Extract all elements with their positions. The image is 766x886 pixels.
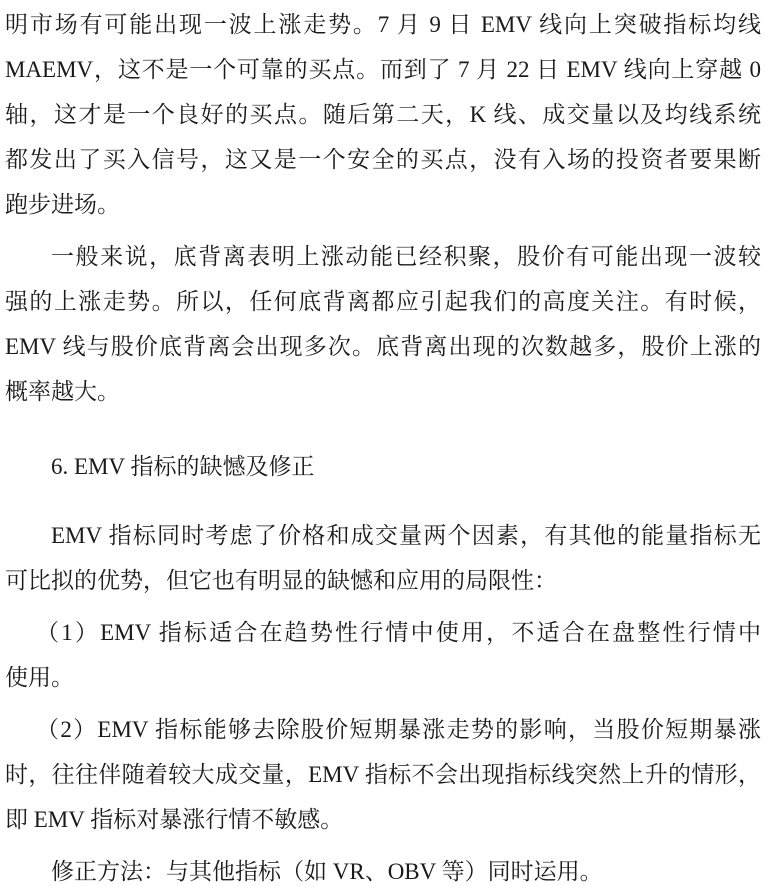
text-line: 使用。 <box>5 655 761 700</box>
text-line: 轴，这才是一个良好的买点。随后第二天，K 线、成交量以及均线系统 <box>5 92 761 137</box>
document-page: 明市场有可能出现一波上涨走势。7 月 9 日 EMV 线向上突破指标均线 MAE… <box>0 0 766 886</box>
text-line: 概率越大。 <box>5 369 761 414</box>
paragraph-continuation: 明市场有可能出现一波上涨走势。7 月 9 日 EMV 线向上突破指标均线 MAE… <box>5 2 761 227</box>
text-line: MAEMV，这不是一个可靠的买点。而到了 7 月 22 日 EMV 线向上穿越 … <box>5 47 761 92</box>
text-line: EMV 线与股价底背离会出现多次。底背离出现的次数越多，股价上涨的 <box>5 324 761 369</box>
text-line: EMV 指标同时考虑了价格和成交量两个因素，有其他的能量指标无 <box>5 513 761 558</box>
text-line: 一般来说，底背离表明上涨动能已经积聚，股价有可能出现一波较 <box>5 234 761 279</box>
text-line: 强的上涨走势。所以，任何底背离都应引起我们的高度关注。有时候， <box>5 279 761 324</box>
text-line: 即 EMV 指标对暴涨行情不敏感。 <box>5 797 761 842</box>
text-line: （1）EMV 指标适合在趋势性行情中使用，不适合在盘整性行情中 <box>5 610 761 655</box>
text-line: 修正方法：与其他指标（如 VR、OBV 等）同时运用。 <box>5 849 761 886</box>
paragraph-list-item-2: （2）EMV 指标能够去除股价短期暴涨走势的影响，当股价短期暴涨 时，往往伴随着… <box>5 707 761 842</box>
text-line: 可比拟的优势，但它也有明显的缺憾和应用的局限性： <box>5 558 761 603</box>
paragraph: 一般来说，底背离表明上涨动能已经积聚，股价有可能出现一波较 强的上涨走势。所以，… <box>5 234 761 414</box>
text-line: 明市场有可能出现一波上涨走势。7 月 9 日 EMV 线向上突破指标均线 <box>5 2 761 47</box>
paragraph: EMV 指标同时考虑了价格和成交量两个因素，有其他的能量指标无 可比拟的优势，但… <box>5 513 761 603</box>
text-line: （2）EMV 指标能够去除股价短期暴涨走势的影响，当股价短期暴涨 <box>5 707 761 752</box>
paragraph-correction-method: 修正方法：与其他指标（如 VR、OBV 等）同时运用。 <box>5 849 761 886</box>
text-line: 时，往往伴随着较大成交量，EMV 指标不会出现指标线突然上升的情形， <box>5 752 761 797</box>
paragraph-list-item-1: （1）EMV 指标适合在趋势性行情中使用，不适合在盘整性行情中 使用。 <box>5 610 761 700</box>
section-heading: 6. EMV 指标的缺憾及修正 <box>5 444 761 489</box>
text-line: 跑步进场。 <box>5 182 761 227</box>
text-line: 都发出了买入信号，这又是一个安全的买点，没有入场的投资者要果断 <box>5 137 761 182</box>
